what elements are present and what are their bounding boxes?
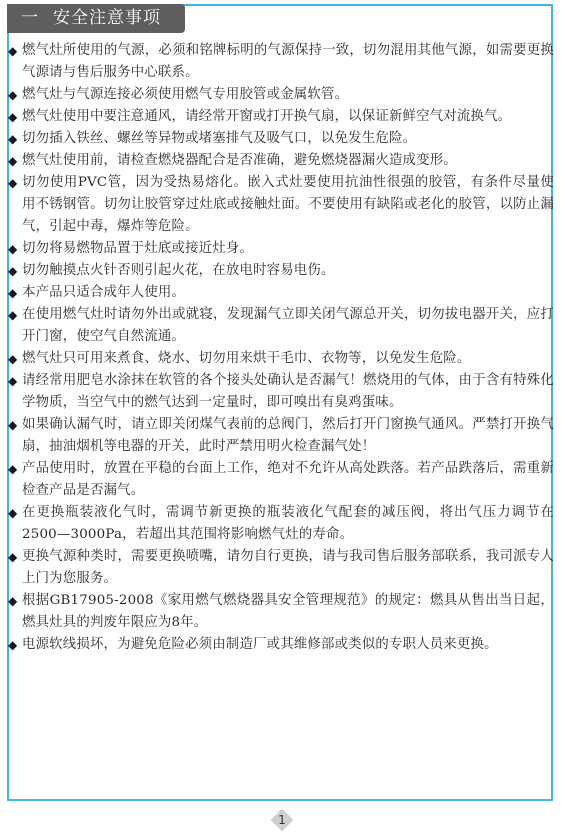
list-item: ◆燃气灶使用中要注意通风，请经常开窗或打开换气扇，以保证新鲜空气对流换气。 [8,106,554,128]
diamond-bullet-icon: ◆ [8,282,17,304]
list-item: ◆更换气源种类时，需要更换喷嘴，请勿自行更换，请与我司售后服务部联系，我司派专人… [8,546,554,590]
item-text: 切勿插入铁丝、螺丝等异物或堵塞排气及吸气口，以免发生危险。 [22,131,416,146]
list-item: ◆燃气灶与气源连接必须使用燃气专用胶管或金属软管。 [8,84,554,106]
diamond-bullet-icon: ◆ [8,150,17,172]
diamond-bullet-icon: ◆ [8,634,17,656]
item-text: 切勿使用PVC管，因为受热易熔化。嵌入式灶要使用抗油性很强的胶管，有条件尽量使用… [22,175,554,234]
list-item: ◆本产品只适合成年人使用。 [8,282,554,304]
item-text: 在更换瓶装液化气时，需调节新更换的瓶装液化气配套的减压阀，将出气压力调节在250… [22,505,554,542]
item-text: 在使用燃气灶时请勿外出或就寝，发现漏气立即关闭气源总开关，切勿拔电器开关，应打开… [22,307,554,344]
page-number: 1 [271,809,293,831]
list-item: ◆如果确认漏气时，请立即关闭煤气表前的总阀门，然后打开门窗换气通风。严禁打开换气… [8,414,554,458]
diamond-bullet-icon: ◆ [8,84,17,106]
diamond-bullet-icon: ◆ [8,458,17,480]
item-text: 燃气灶只可用来煮食、烧水、切勿用来烘干毛巾、衣物等，以免发生危险。 [22,351,471,366]
item-text: 如果确认漏气时，请立即关闭煤气表前的总阀门，然后打开门窗换气通风。严禁打开换气扇… [22,417,554,454]
item-text: 更换气源种类时，需要更换喷嘴，请勿自行更换，请与我司售后服务部联系，我司派专人上… [22,549,554,586]
diamond-bullet-icon: ◆ [8,590,17,612]
list-item: ◆在使用燃气灶时请勿外出或就寝，发现漏气立即关闭气源总开关，切勿拔电器开关，应打… [8,304,554,348]
item-text: 燃气灶使用前，请检查燃烧器配合是否准确，避免燃烧器漏火造成变形。 [22,153,457,168]
diamond-bullet-icon: ◆ [8,370,17,392]
item-text: 根据GB17905-2008《家用燃气燃烧器具安全管理规范》的规定：燃具从售出当… [22,593,554,630]
item-text: 切勿触摸点火针否则引起火花，在放电时容易电伤。 [22,263,335,278]
item-text: 本产品只适合成年人使用。 [22,285,185,300]
diamond-bullet-icon: ◆ [8,260,17,282]
item-text: 切勿将易燃物品置于灶底或接近灶身。 [22,241,253,256]
diamond-bullet-icon: ◆ [8,128,17,150]
diamond-bullet-icon: ◆ [8,172,17,194]
diamond-bullet-icon: ◆ [8,238,17,260]
diamond-bullet-icon: ◆ [8,348,17,370]
list-item: ◆请经常用肥皂水涂抹在软管的各个接头处确认是否漏气！燃烧用的气体，由于含有特殊化… [8,370,554,414]
list-item: ◆切勿使用PVC管，因为受热易熔化。嵌入式灶要使用抗油性很强的胶管，有条件尽量使… [8,172,554,238]
item-text: 燃气灶使用中要注意通风，请经常开窗或打开换气扇，以保证新鲜空气对流换气。 [22,109,511,124]
item-text: 燃气灶与气源连接必须使用燃气专用胶管或金属软管。 [22,87,348,102]
page-number-label: 1 [271,809,293,831]
diamond-bullet-icon: ◆ [8,40,17,62]
item-text: 产品使用时，放置在平稳的台面上工作，绝对不允许从高处跌落。若产品跌落后，需重新检… [22,461,554,498]
section-title: 安全注意事项 [53,8,161,28]
section-header: 一安全注意事项 [7,4,185,33]
list-item: ◆燃气灶只可用来煮食、烧水、切勿用来烘干毛巾、衣物等，以免发生危险。 [8,348,554,370]
item-text: 请经常用肥皂水涂抹在软管的各个接头处确认是否漏气！燃烧用的气体，由于含有特殊化学… [22,373,554,410]
list-item: ◆切勿触摸点火针否则引起火花，在放电时容易电伤。 [8,260,554,282]
section-number: 一 [21,8,39,28]
list-item: ◆切勿插入铁丝、螺丝等异物或堵塞排气及吸气口，以免发生危险。 [8,128,554,150]
item-text: 电源软线损坏，为避免危险必须由制造厂或其维修部或类似的专职人员来更换。 [22,637,498,652]
diamond-bullet-icon: ◆ [8,546,17,568]
diamond-bullet-icon: ◆ [8,414,17,436]
list-item: ◆电源软线损坏，为避免危险必须由制造厂或其维修部或类似的专职人员来更换。 [8,634,554,656]
list-item: ◆产品使用时，放置在平稳的台面上工作，绝对不允许从高处跌落。若产品跌落后，需重新… [8,458,554,502]
diamond-bullet-icon: ◆ [8,106,17,128]
list-item: ◆切勿将易燃物品置于灶底或接近灶身。 [8,238,554,260]
item-text: 燃气灶所使用的气源，必须和铭牌标明的气源保持一致，切勿混用其他气源，如需要更换气… [22,43,554,80]
list-item: ◆燃气灶使用前，请检查燃烧器配合是否准确，避免燃烧器漏火造成变形。 [8,150,554,172]
safety-notes-list: ◆燃气灶所使用的气源，必须和铭牌标明的气源保持一致，切勿混用其他气源，如需要更换… [8,40,554,656]
list-item: ◆根据GB17905-2008《家用燃气燃烧器具安全管理规范》的规定：燃具从售出… [8,590,554,634]
list-item: ◆在更换瓶装液化气时，需调节新更换的瓶装液化气配套的减压阀，将出气压力调节在25… [8,502,554,546]
diamond-bullet-icon: ◆ [8,304,17,326]
diamond-bullet-icon: ◆ [8,502,17,524]
list-item: ◆燃气灶所使用的气源，必须和铭牌标明的气源保持一致，切勿混用其他气源，如需要更换… [8,40,554,84]
